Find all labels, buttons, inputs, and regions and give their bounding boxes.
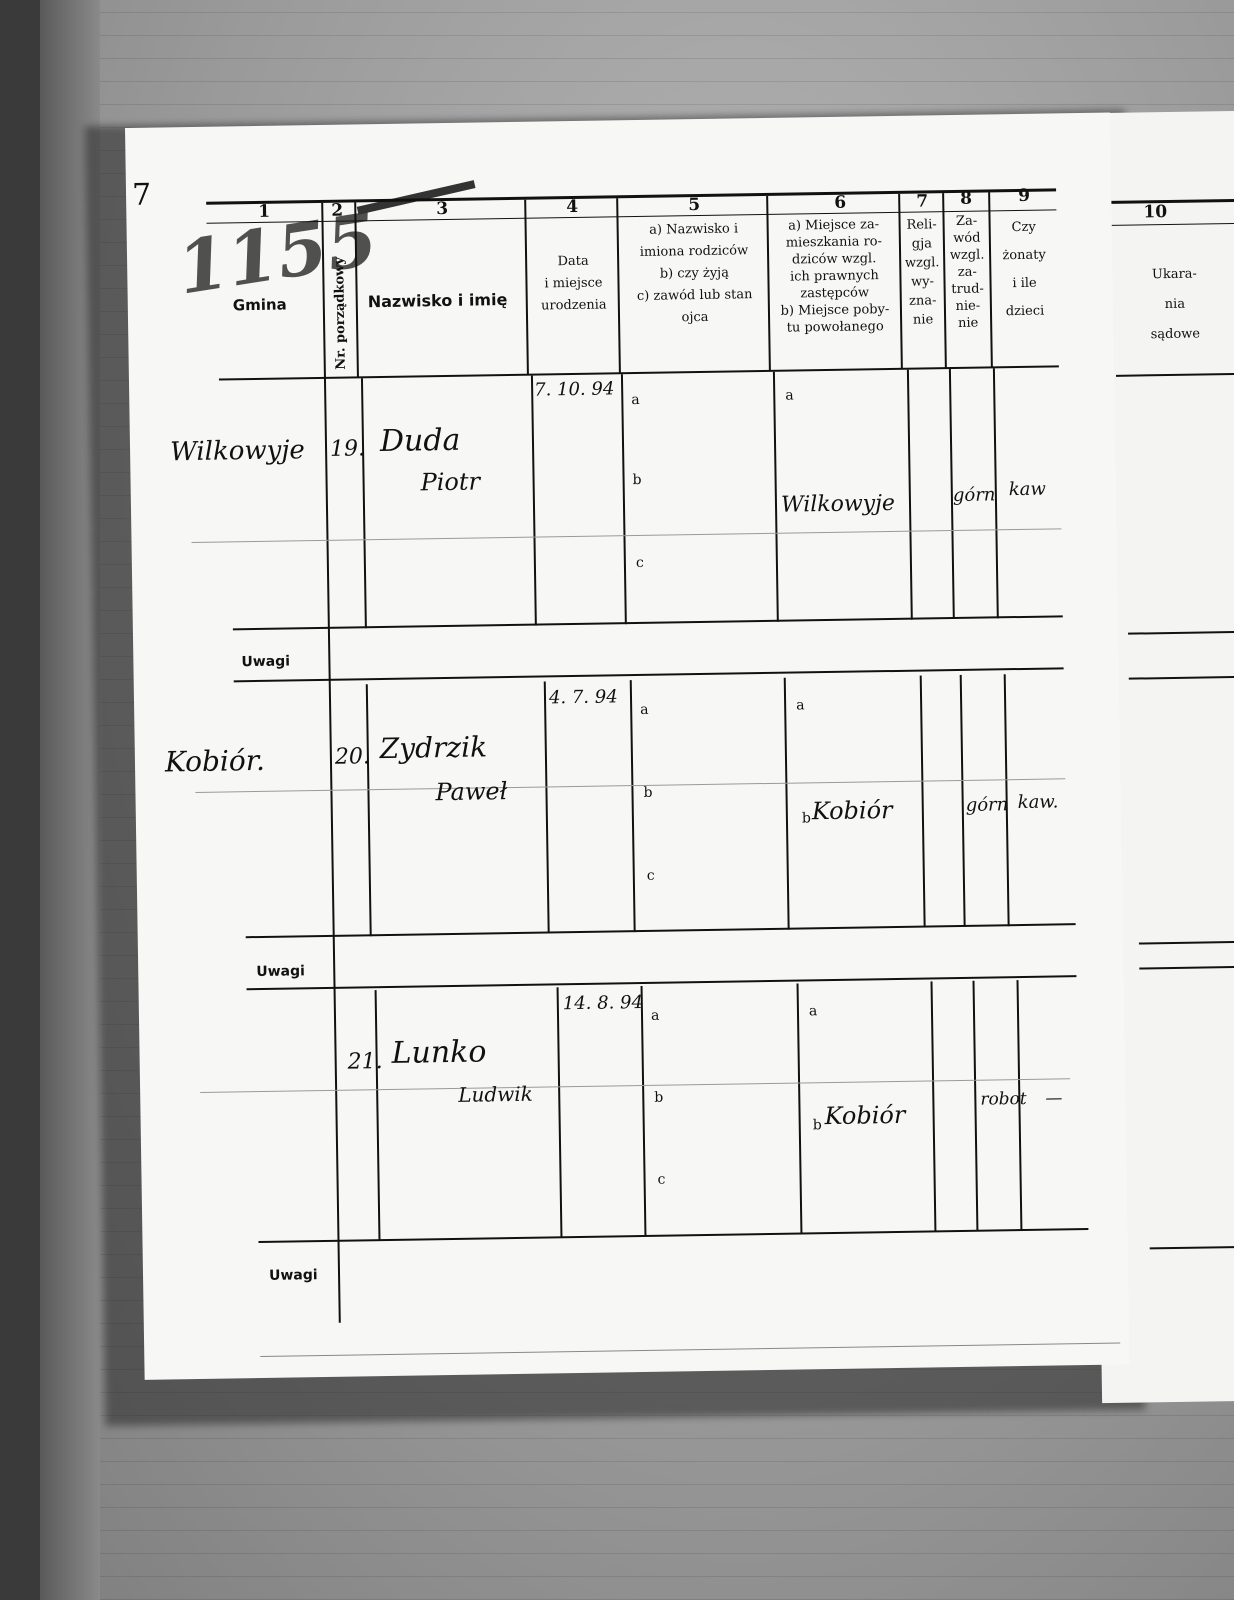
sub-label-b: b xyxy=(802,810,811,826)
entry-residence: Wilkowyje xyxy=(781,491,895,518)
entry-residence: Kobiór xyxy=(812,796,893,825)
sub-label-a: a xyxy=(640,702,649,718)
column-number-1: 1 xyxy=(258,202,270,222)
entry-nr: 19. xyxy=(330,436,365,462)
entry-given-name: Paweł xyxy=(435,777,507,806)
column-header-10: Ukara- nia sądowe xyxy=(1114,259,1234,351)
column-header-birth: Data i miejsce urodzenia xyxy=(527,250,620,317)
column-header-religion: Reli- gja wzgl. wy- zna- nie xyxy=(900,215,944,330)
sub-label-a: a xyxy=(651,1008,660,1024)
entry-marital: — xyxy=(1045,1088,1062,1108)
entry-occupation: robot xyxy=(980,1089,1027,1110)
sub-label-c: c xyxy=(657,1172,665,1188)
entry-birth-date: 4. 7. 94 xyxy=(549,686,618,708)
entry-surname: Zydrzik xyxy=(380,730,488,765)
sub-label-b: b xyxy=(632,472,641,488)
column-header-marital: Czy żonaty i ile dzieci xyxy=(990,213,1058,326)
remarks-label: Uwagi xyxy=(269,1267,318,1284)
entry-marital: kaw xyxy=(1009,479,1046,501)
entry-surname: Lunko xyxy=(391,1034,486,1070)
column-number-6: 6 xyxy=(834,193,846,213)
sub-label-b: b xyxy=(813,1117,822,1133)
sub-label-b: b xyxy=(654,1090,663,1106)
column-header-gmina: Gmina xyxy=(233,295,287,314)
entry-given-name: Ludwik xyxy=(458,1082,533,1107)
column-number-2: 2 xyxy=(331,201,343,221)
corner-mark: 7 xyxy=(132,178,152,213)
entry-gmina: Wilkowyje xyxy=(170,435,305,467)
entry-surname: Duda xyxy=(380,423,461,459)
column-number-3: 3 xyxy=(436,199,448,219)
entry-marital: kaw. xyxy=(1018,791,1059,813)
entry-residence: Kobiór xyxy=(824,1101,905,1130)
entry-nr: 20. xyxy=(335,744,370,770)
sub-label-a: a xyxy=(785,388,794,404)
column-number-9: 9 xyxy=(1018,186,1030,206)
column-header-parents: a) Nazwisko i imiona rodziców b) czy żyj… xyxy=(619,218,771,330)
column-number-5: 5 xyxy=(688,195,700,215)
sub-label-a: a xyxy=(631,392,640,408)
entry-occupation: górn xyxy=(953,484,996,506)
entry-nr: 21. xyxy=(348,1049,383,1075)
entry-birth-date: 7. 10. 94 xyxy=(534,378,614,400)
scan-edge-shadow xyxy=(0,0,40,1600)
entry-birth-date: 14. 8. 94 xyxy=(563,992,643,1014)
column-number-7: 7 xyxy=(916,191,928,211)
sub-label-a: a xyxy=(809,1003,818,1019)
sub-label-c: c xyxy=(647,868,655,884)
sub-label-c: c xyxy=(636,555,644,571)
remarks-label: Uwagi xyxy=(241,653,290,670)
column-number-10: 10 xyxy=(1143,202,1167,222)
sub-label-b: b xyxy=(643,785,652,801)
sub-label-a: a xyxy=(796,697,805,713)
column-header-occupation: Za- wód wzgl. za- trud- nie- nie xyxy=(944,212,990,332)
column-header-name: Nazwisko i imię xyxy=(368,290,508,311)
stamp-number: 1155 xyxy=(172,196,383,311)
column-number-4: 4 xyxy=(566,197,578,217)
column-header-nr: Nr. porządkowy xyxy=(332,257,349,370)
remarks-label: Uwagi xyxy=(256,963,305,980)
entry-occupation: górn xyxy=(966,794,1009,816)
column-number-8: 8 xyxy=(960,189,972,209)
registry-page: 7 1155 1 2 3 4 5 6 7 8 9 Gmina Nr. porzą… xyxy=(125,113,1130,1380)
column-header-residence: a) Miejsce za- mieszkania ro- dziców wzg… xyxy=(768,216,900,337)
entry-gmina: Kobiór. xyxy=(165,744,265,779)
entry-given-name: Piotr xyxy=(420,467,480,496)
